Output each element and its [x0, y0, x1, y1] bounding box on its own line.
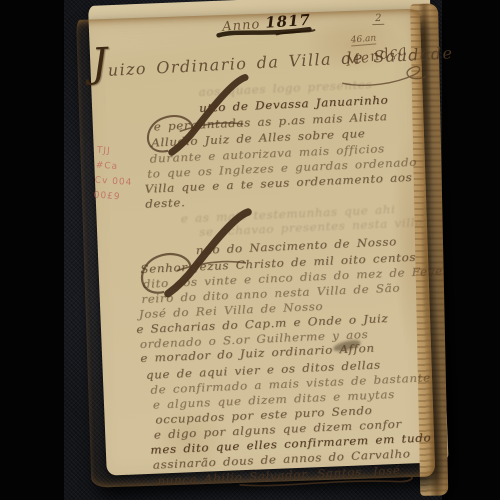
page-number: 2 — [372, 13, 385, 25]
manuscript-page: Anno 1817 2 46.an Mendça Juizo Ordinario… — [76, 9, 435, 488]
photo-backdrop: Anno 1817 2 46.an Mendça Juizo Ordinario… — [0, 0, 500, 500]
red-margin-note: TJJ #Ca Cv 004 00£9 — [93, 144, 135, 207]
heading-initial: J — [90, 40, 108, 87]
red-margin-note-line: 00£9 — [93, 188, 132, 206]
